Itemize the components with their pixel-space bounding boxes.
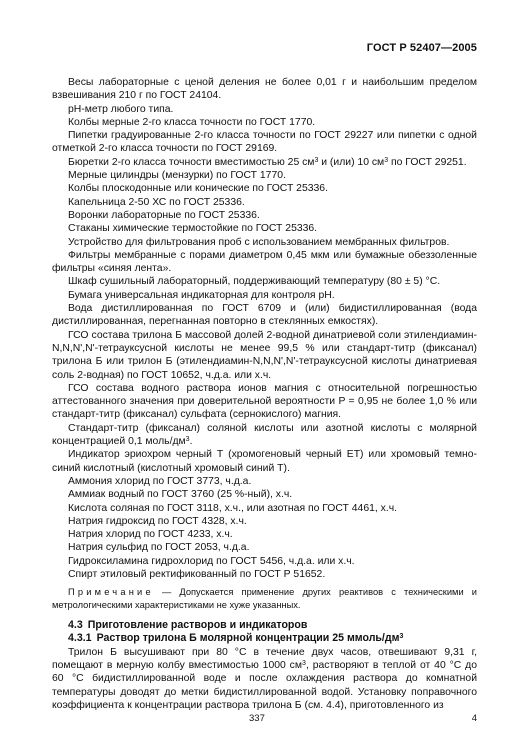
list-item: ГСО состава водного раствора ионов магни… — [52, 382, 477, 422]
list-item: Бюретки 2-го класса точности вместимость… — [52, 156, 477, 169]
list-item: Воронки лабораторные по ГОСТ 25336. — [52, 209, 477, 222]
list-item: Фильтры мембранные с порами диаметром 0,… — [52, 249, 477, 276]
list-item: Пипетки градуированные 2-го класса точно… — [52, 129, 477, 156]
section-heading: 4.3Приготовление растворов и индикаторов — [52, 619, 477, 632]
list-item: Капельница 2-50 ХС по ГОСТ 25336. — [52, 196, 477, 209]
list-item: Индикатор эриохром черный Т (хромогеновы… — [52, 448, 477, 475]
subsection-paragraph: Трилон Б высушивают при 80 °С в течение … — [52, 646, 477, 712]
list-item: Бумага универсальная индикаторная для ко… — [52, 289, 477, 302]
list-item: Аммиак водный по ГОСТ 3760 (25 %-ный), х… — [52, 488, 477, 501]
section-number: 4.3 — [68, 619, 83, 632]
list-item: ГСО состава трилона Б массовой долей 2-в… — [52, 329, 477, 382]
list-item: Спирт этиловый ректификованный по ГОСТ Р… — [52, 568, 477, 581]
list-item: Гидроксиламина гидрохлорид по ГОСТ 5456,… — [52, 555, 477, 568]
list-item: Натрия гидроксид по ГОСТ 4328, х.ч. — [52, 515, 477, 528]
list-item: Колбы мерные 2-го класса точности по ГОС… — [52, 116, 477, 129]
list-item: Стандарт-титр (фиксанал) соляной кислоты… — [52, 422, 477, 449]
page-number: 337 — [249, 713, 265, 724]
subsection-number: 4.3.1 — [68, 632, 92, 645]
list-item: Колбы плоскодонные или конические по ГОС… — [52, 182, 477, 195]
equipment-and-reagents-list: Весы лабораторные с ценой деления не бол… — [52, 76, 477, 581]
sheet-number: 4 — [472, 713, 477, 724]
note: Примечание — Допускается применение друг… — [52, 586, 477, 611]
list-item: Мерные цилиндры (мензурки) по ГОСТ 1770. — [52, 169, 477, 182]
list-item: Натрия хлорид по ГОСТ 4233, х.ч. — [52, 528, 477, 541]
list-item: Весы лабораторные с ценой деления не бол… — [52, 76, 477, 103]
list-item: Устройство для фильтрования проб с испол… — [52, 236, 477, 249]
list-item: Кислота соляная по ГОСТ 3118, х.ч., или … — [52, 502, 477, 515]
list-item: pH-метр любого типа. — [52, 103, 477, 116]
standard-id-header: ГОСТ Р 52407—2005 — [367, 42, 477, 54]
list-item: Стаканы химические термостойкие по ГОСТ … — [52, 222, 477, 235]
list-item: Натрия сульфид по ГОСТ 2053, ч.д.а. — [52, 541, 477, 554]
document-body: Весы лабораторные с ценой деления не бол… — [52, 76, 477, 712]
list-item: Шкаф сушильный лабораторный, поддерживаю… — [52, 275, 477, 288]
list-item: Аммония хлорид по ГОСТ 3773, ч.д.а. — [52, 475, 477, 488]
subsection-title: Раствор трилона Б молярной концентрации … — [97, 632, 404, 644]
subsection-heading: 4.3.1Раствор трилона Б молярной концентр… — [52, 632, 477, 645]
note-label: Примечание — [68, 587, 154, 597]
section-title: Приготовление растворов и индикаторов — [88, 619, 308, 631]
list-item: Вода дистиллированная по ГОСТ 6709 и (ил… — [52, 302, 477, 329]
